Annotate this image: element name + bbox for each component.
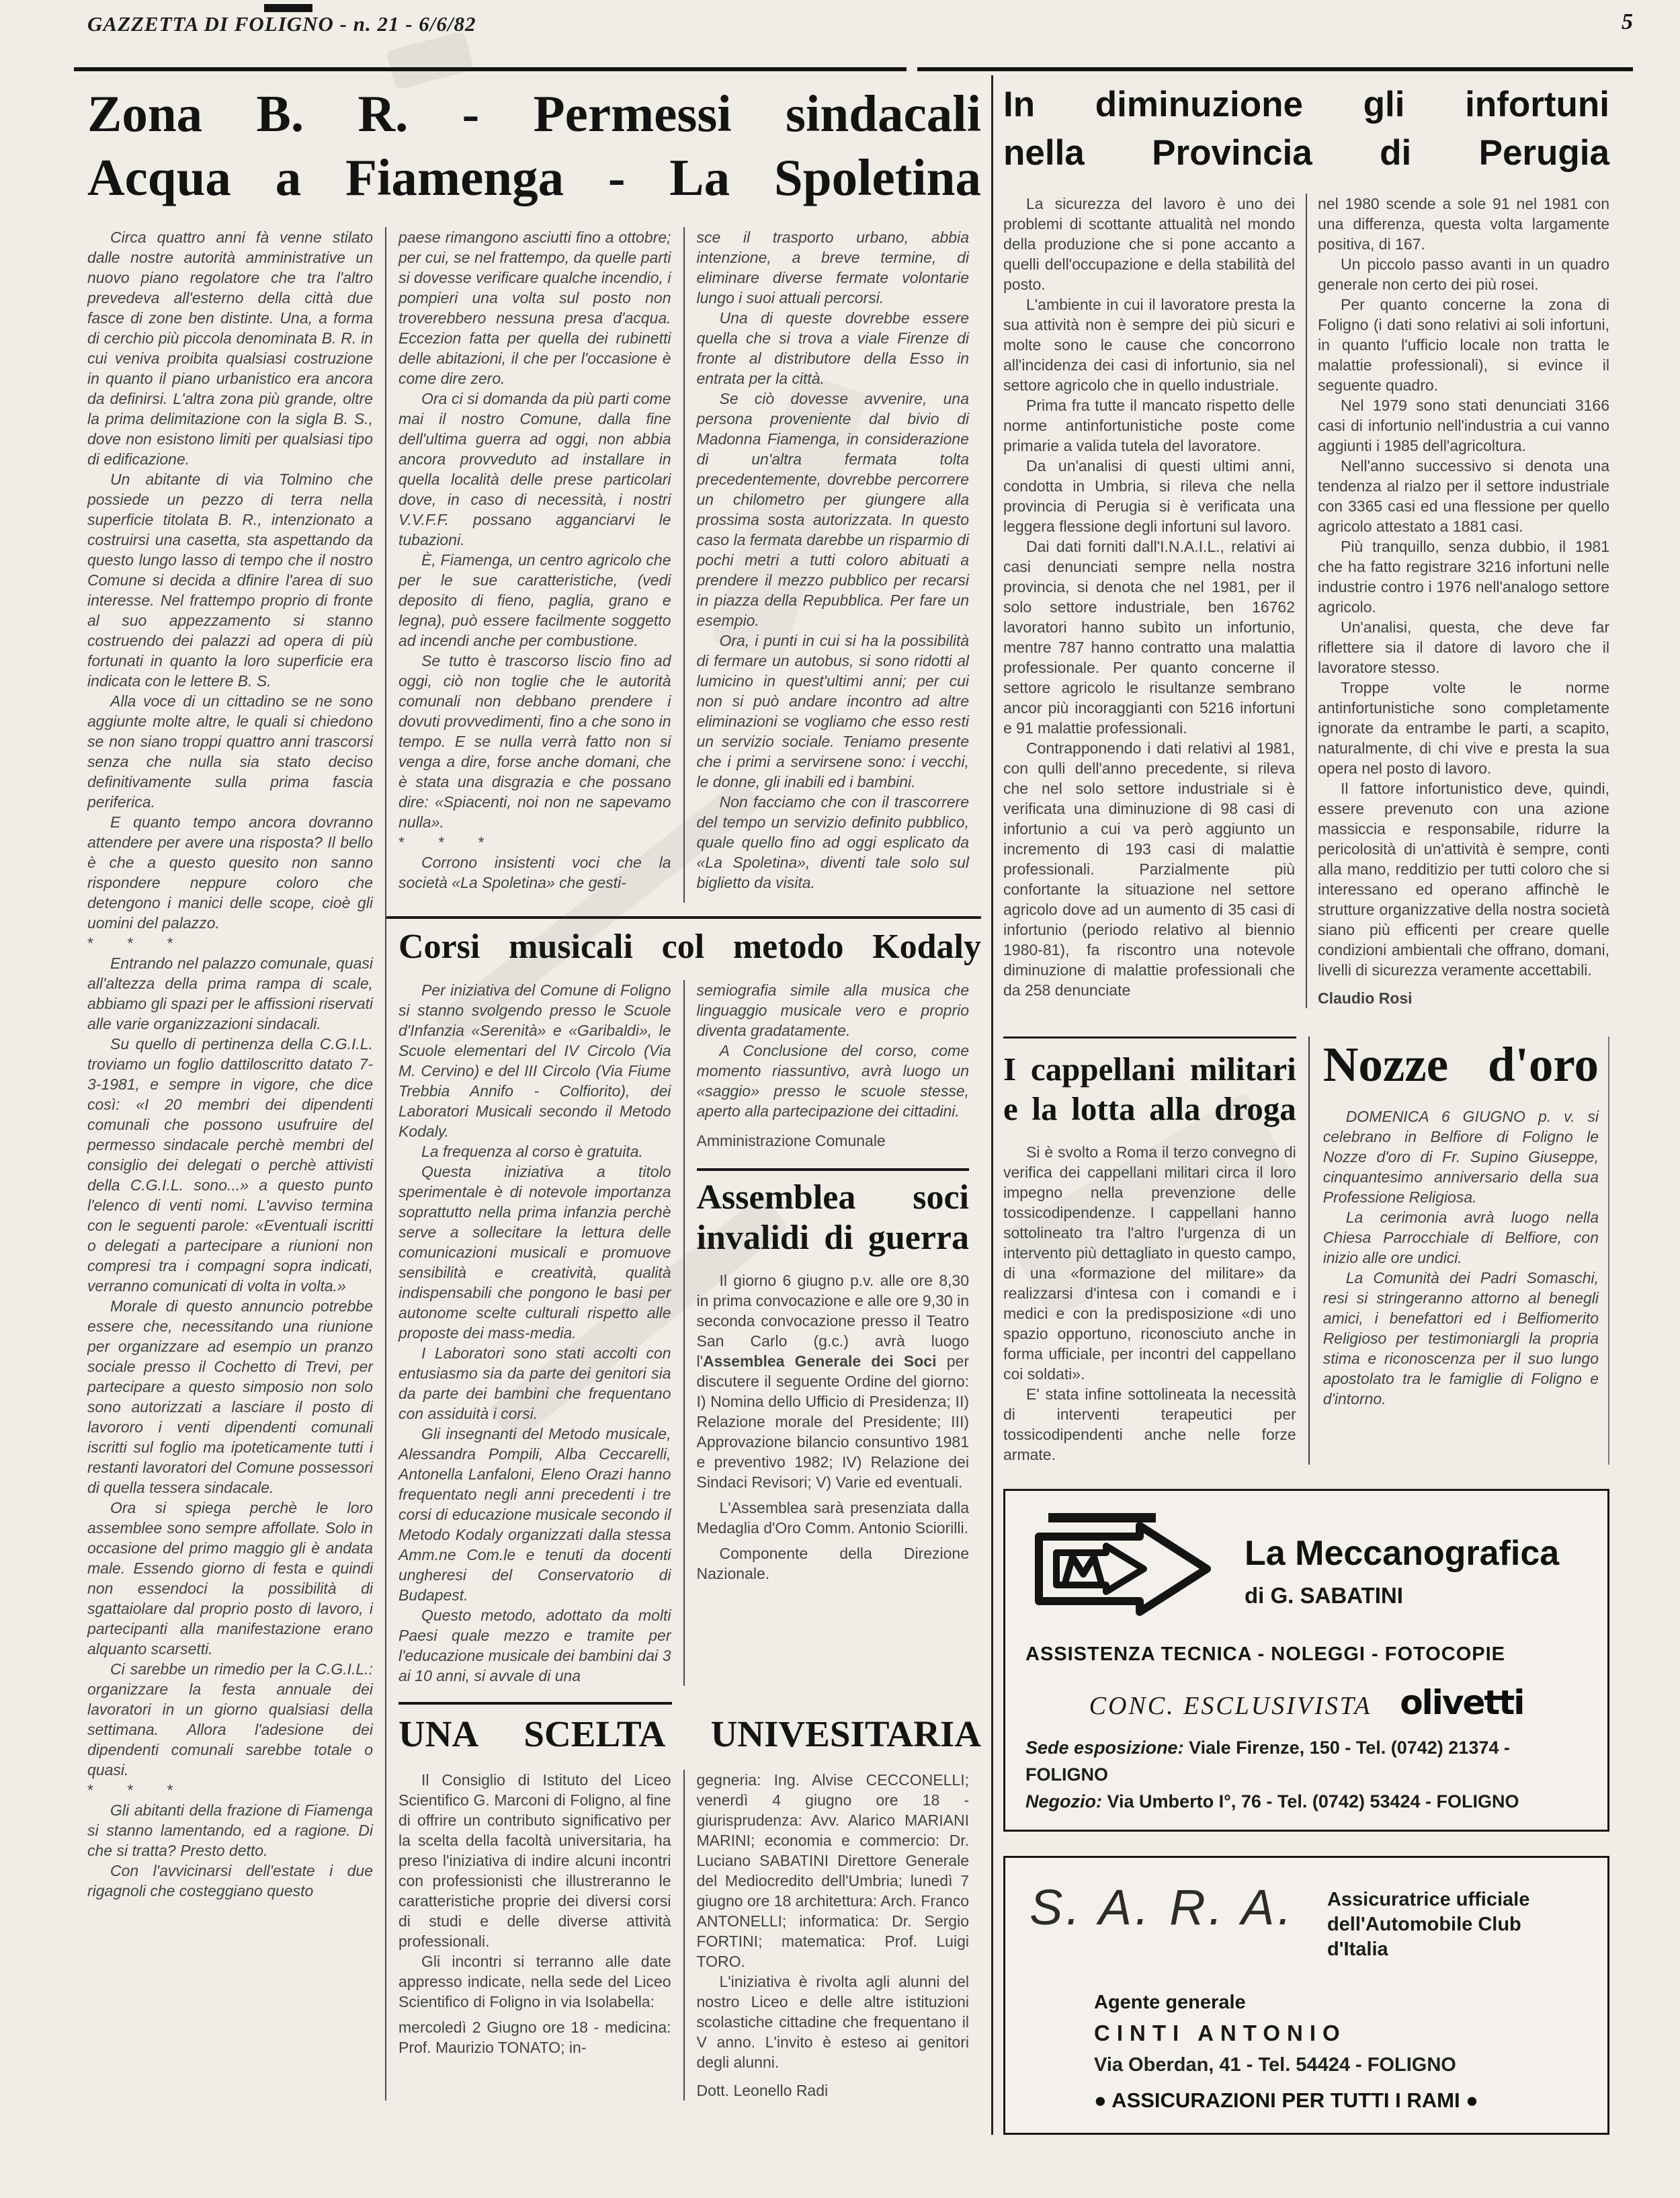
meccanografica-address-2: Negozio: Via Umberto I°, 76 - Tel. (0742…: [1025, 1788, 1587, 1815]
right-zone: In diminuzione gli infortuni nella Provi…: [1003, 75, 1609, 2135]
kodaly-signature: Amministrazione Comunale: [697, 1131, 970, 1151]
paragraph: L'ambiente in cui il lavoratore presta l…: [1003, 294, 1295, 395]
page-header: GAZZETTA DI FOLIGNO - n. 21 - 6/6/82 5: [0, 0, 1680, 63]
lead-headline: Zona B. R. - Permessi sindacali Acqua a …: [87, 82, 981, 210]
sara-tagline-line1: Assicuratrice ufficiale: [1327, 1887, 1583, 1912]
meccanografica-name: La Meccanografica: [1245, 1533, 1559, 1574]
paragraph: Il fattore infortunistico deve, quindi, …: [1318, 778, 1609, 980]
address-label: Sede esposizione:: [1025, 1738, 1184, 1758]
paragraph: Componente della Direzione Nazionale.: [697, 1543, 970, 1584]
paragraph: L'iniziativa è rivolta agli alunni del n…: [697, 1971, 970, 2072]
address-label: Negozio:: [1025, 1791, 1102, 1812]
paragraph: Se ciò dovesse avvenire, una persona pro…: [697, 389, 970, 630]
paragraph: Alla voce di un cittadino se ne sono agg…: [87, 691, 373, 812]
paragraph: Ci sarebbe un rimedio per la C.G.I.L.: o…: [87, 1659, 373, 1780]
paragraph: Il Consiglio di Istituto del Liceo Scien…: [398, 1770, 671, 1951]
page-content: Zona B. R. - Permessi sindacali Acqua a …: [0, 71, 1680, 2135]
assemblea-headline-line2: invalidi di guerra: [697, 1218, 970, 1258]
lead-column-3: sce il trasporto urbano, abbia intenzion…: [685, 227, 982, 903]
infortuni-column-1: La sicurezza del lavoro è uno dei proble…: [1003, 194, 1307, 1008]
kodaly-article: Per iniziativa del Comune di Foligno si …: [386, 980, 981, 1686]
section-rule: [386, 916, 981, 919]
sara-ad: S. A. R. A. Assicuratrice ufficiale dell…: [1003, 1856, 1609, 2135]
cappellani-article: I cappellani militari e la lotta alla dr…: [1003, 1036, 1308, 1465]
paragraph: Questa iniziativa a titolo sperimentale …: [398, 1162, 671, 1343]
lead-column-2: paese rimangono asciutti fino a ottobre;…: [386, 227, 685, 903]
sara-footer: ● ASSICURAZIONI PER TUTTI I RAMI ●: [1094, 2088, 1583, 2113]
meccanografica-address-1: Sede esposizione: Viale Firenze, 150 - T…: [1025, 1734, 1587, 1788]
meccanografica-ad-top: La Meccanografica di G. SABATINI: [1025, 1508, 1587, 1633]
section-separator: * * *: [398, 832, 671, 852]
assemblea-lead-bold: Assemblea Generale dei Soci: [703, 1352, 936, 1370]
paragraph: Per iniziativa del Comune di Foligno si …: [398, 980, 671, 1141]
paragraph: sce il trasporto urbano, abbia intenzion…: [697, 227, 970, 308]
lead-headline-line1: Zona B. R. - Permessi sindacali: [87, 82, 981, 146]
kodaly-column-2-text: semiografia simile alla musica che lingu…: [697, 980, 970, 1151]
lead-byline: Mario Tucci: [697, 901, 970, 903]
address-text: Via Umberto I°, 76 - Tel. (0742) 53424 -…: [1107, 1791, 1519, 1812]
paragraph: Prima fra tutte il mancato rispetto dell…: [1003, 395, 1295, 456]
paragraph: nel 1980 scende a sole 91 nel 1981 con u…: [1318, 194, 1609, 254]
masthead-title: GAZZETTA DI FOLIGNO - n. 21 - 6/6/82: [87, 12, 476, 36]
paragraph: mercoledì 2 Giugno ore 18 - medicina: Pr…: [398, 2017, 671, 2058]
meccanografica-owner: di G. SABATINI: [1245, 1583, 1559, 1609]
infortuni-headline-line1: In diminuzione gli infortuni: [1003, 81, 1609, 129]
paragraph: DOMENICA 6 GIUGNO p. v. si celebrano in …: [1323, 1106, 1599, 1207]
paragraph: E quanto tempo ancora dovranno attendere…: [87, 812, 373, 933]
paragraph: Contrapponendo i dati relativi al 1981, …: [1003, 738, 1295, 1000]
sara-agent-block: Agente generale CINTI ANTONIO Via Oberda…: [1094, 1992, 1583, 2113]
paragraph: Nell'anno successivo si denota una tende…: [1318, 456, 1609, 536]
paragraph: Si è svolto a Roma il terzo convegno di …: [1003, 1142, 1296, 1384]
paragraph: Entrando nel palazzo comunale, quasi all…: [87, 953, 373, 1034]
cappellani-headline-line2: e la lotta alla droga: [1003, 1089, 1296, 1129]
lower-band: I cappellani militari e la lotta alla dr…: [1003, 1036, 1609, 1465]
paragraph: Su quello di pertinenza della C.G.I.L. t…: [87, 1034, 373, 1296]
paragraph: Nel 1979 sono stati denunciati 3166 casi…: [1318, 395, 1609, 456]
cappellani-headline: I cappellani militari e la lotta alla dr…: [1003, 1049, 1296, 1129]
paragraph: Circa quattro anni fà venne stilato dall…: [87, 227, 373, 469]
paragraph: Una di queste dovrebbe essere quella che…: [697, 308, 970, 389]
infortuni-columns: La sicurezza del lavoro è uno dei proble…: [1003, 194, 1609, 1008]
nozze-article: Nozze d'oro DOMENICA 6 GIUGNO p. v. si c…: [1310, 1036, 1608, 1465]
infortuni-byline: Claudio Rosi: [1318, 988, 1609, 1008]
paragraph: Con l'avvicinarsi dell'estate i due riga…: [87, 1861, 373, 1901]
assemblea-lead-post: per discutere il seguente Ordine del gio…: [697, 1352, 970, 1491]
paragraph: Corrono insistenti voci che la società «…: [398, 852, 671, 893]
section-rule: [1003, 1036, 1296, 1039]
section-rule: [697, 1168, 970, 1171]
lead-article-body: Circa quattro anni fà venne stilato dall…: [87, 227, 981, 2101]
paragraph: Gli insegnanti del Metodo musicale, Ales…: [398, 1424, 671, 1605]
lead-article: Zona B. R. - Permessi sindacali Acqua a …: [87, 75, 981, 2135]
lead-columns-2-3: paese rimangono asciutti fino a ottobre;…: [386, 227, 981, 903]
sara-agent-label: Agente generale: [1094, 1992, 1583, 2014]
paragraph: Questo metodo, adottato da molti Paesi q…: [398, 1605, 671, 1686]
dealer-label: CONC. ESCLUSIVISTA: [1089, 1691, 1372, 1721]
paragraph: Un piccolo passo avanti in un quadro gen…: [1318, 254, 1609, 294]
paragraph: Il giorno 6 giugno p.v. alle ore 8,30 in…: [697, 1270, 970, 1492]
infortuni-headline-line2: nella Provincia di Perugia: [1003, 129, 1609, 177]
paragraph: semiografia simile alla musica che lingu…: [697, 980, 970, 1041]
paragraph: Da un'analisi di questi ultimi anni, con…: [1003, 456, 1295, 536]
paragraph: Un'analisi, questa, che deve far riflett…: [1318, 617, 1609, 678]
assemblea-headline-line1: Assemblea soci: [697, 1178, 970, 1218]
sara-tagline: Assicuratrice ufficiale dell'Automobile …: [1327, 1881, 1583, 1962]
paragraph: La sicurezza del lavoro è uno dei proble…: [1003, 194, 1295, 294]
scelta-column-2: gegneria: Ing. Alvise CECCONELLI; venerd…: [685, 1770, 982, 2101]
scelta-column-1: Il Consiglio di Istituto del Liceo Scien…: [386, 1770, 685, 2101]
cappellani-headline-line1: I cappellani militari: [1003, 1049, 1296, 1089]
main-vertical-divider: [991, 75, 993, 2135]
section-separator: * * *: [87, 933, 373, 953]
kodaly-column-1: Per iniziativa del Comune di Foligno si …: [386, 980, 685, 1686]
infortuni-article: In diminuzione gli infortuni nella Provi…: [1003, 81, 1609, 1008]
meccanografica-ad: La Meccanografica di G. SABATINI ASSISTE…: [1003, 1489, 1609, 1832]
sara-tagline-line2: dell'Automobile Club d'Italia: [1327, 1912, 1583, 1962]
sara-agent-name: CINTI ANTONIO: [1094, 2021, 1583, 2046]
paragraph: paese rimangono asciutti fino a ottobre;…: [398, 227, 671, 389]
paragraph: La Comunità dei Padri Somaschi, resi si …: [1323, 1268, 1599, 1409]
paragraph: Non facciamo che con il trascorrere del …: [697, 792, 970, 893]
paragraph: L'Assemblea sarà presenziata dalla Medag…: [697, 1498, 970, 1538]
kodaly-headline: Corsi musicali col metodo Kodaly: [398, 927, 981, 967]
meccanografica-arrow-logo-icon: [1025, 1508, 1220, 1633]
paragraph: Se tutto è trascorso liscio fino ad oggi…: [398, 651, 671, 832]
meccanografica-names: La Meccanografica di G. SABATINI: [1245, 1533, 1559, 1609]
paragraph: Gli abitanti della frazione di Fiamenga …: [87, 1800, 373, 1861]
kodaly-column-2: semiografia simile alla musica che lingu…: [685, 980, 982, 1686]
paragraph: La frequenza al corso è gratuita.: [398, 1141, 671, 1162]
paragraph: Morale di questo annuncio potrebbe esser…: [87, 1296, 373, 1498]
infortuni-headline: In diminuzione gli infortuni nella Provi…: [1003, 81, 1609, 177]
paragraph: Gli incontri si terranno alle date appre…: [398, 1951, 671, 2012]
paragraph: Ora, i punti in cui si ha la possibilità…: [697, 630, 970, 792]
paragraph: I Laboratori sono stati accolti con entu…: [398, 1343, 671, 1424]
paragraph: Per quanto concerne la zona di Foligno (…: [1318, 294, 1609, 395]
assemblea-headline: Assemblea soci invalidi di guerra: [697, 1178, 970, 1258]
lead-headline-line2: Acqua a Fiamenga - La Spoletina: [87, 146, 981, 210]
paragraph: Ora si spiega perchè le loro assemblee s…: [87, 1498, 373, 1659]
paragraph: La cerimonia avrà luogo nella Chiesa Par…: [1323, 1207, 1599, 1268]
lead-column-1: Circa quattro anni fà venne stilato dall…: [87, 227, 386, 2101]
olivetti-logo: olivetti: [1400, 1683, 1523, 1722]
sara-ad-top: S. A. R. A. Assicuratrice ufficiale dell…: [1030, 1881, 1583, 1962]
meccanografica-services: ASSISTENZA TECNICA - NOLEGGI - FOTOCOPIE: [1025, 1643, 1587, 1666]
scelta-headline: UNA SCELTA UNIVESITARIA: [398, 1713, 981, 1755]
scelta-article: Il Consiglio di Istituto del Liceo Scien…: [386, 1770, 981, 2101]
sara-address: Via Oberdan, 41 - Tel. 54424 - FOLIGNO: [1094, 2054, 1583, 2076]
meccanografica-dealer-row: CONC. ESCLUSIVISTA olivetti: [1025, 1683, 1587, 1722]
page-number: 5: [1622, 9, 1633, 35]
nozze-headline: Nozze d'oro: [1323, 1036, 1599, 1093]
paragraph: È, Fiamenga, un centro agricolo che per …: [398, 550, 671, 651]
section-separator: * * *: [87, 1780, 373, 1800]
paragraph: E' stata infine sottolineata la necessit…: [1003, 1384, 1296, 1465]
middle-column-stack: paese rimangono asciutti fino a ottobre;…: [386, 227, 981, 2101]
paragraph: Dai dati forniti dall'I.N.A.I.L., relati…: [1003, 536, 1295, 738]
paragraph: Un abitante di via Tolmino che possiede …: [87, 469, 373, 691]
section-rule: [398, 1702, 672, 1705]
scelta-byline: Dott. Leonello Radi: [697, 2080, 970, 2101]
sara-logo: S. A. R. A.: [1030, 1881, 1295, 1935]
newspaper-page: GAZZETTA DI FOLIGNO - n. 21 - 6/6/82 5 Z…: [0, 0, 1680, 2198]
scan-artifact-dash: [264, 4, 312, 12]
paragraph: Troppe volte le norme antinfortunistiche…: [1318, 678, 1609, 778]
paragraph: Ora ci si domanda da più parti come mai …: [398, 389, 671, 550]
paragraph: gegneria: Ing. Alvise CECCONELLI; venerd…: [697, 1770, 970, 1971]
infortuni-column-2: nel 1980 scende a sole 91 nel 1981 con u…: [1307, 194, 1609, 1008]
paragraph: Più tranquillo, senza dubbio, il 1981 ch…: [1318, 536, 1609, 617]
paragraph: A Conclusione del corso, come momento ri…: [697, 1041, 970, 1121]
